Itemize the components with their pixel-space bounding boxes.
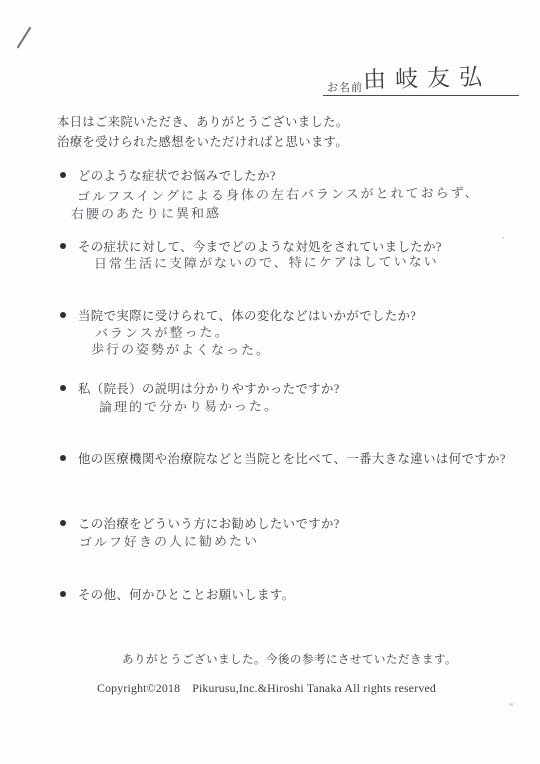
question-7-row: その他、何かひとことお願いします。	[60, 585, 294, 603]
intro-line-2: 治療を受けられた感想をいただければと思います。	[57, 132, 348, 150]
answer-1-line-1: ゴルフスイングによる身体の左右バランスがとれておらず、	[77, 182, 480, 205]
question-5-row: 他の医療機関や治療院などと当院とを比べて、一番大きな違いは何ですか?	[60, 449, 506, 467]
bullet-icon	[60, 591, 66, 597]
answer-2-line-1: 日常生活に支障がないので、特にケアはしていない	[94, 251, 439, 272]
copyright-text: Copyright©2018 Pikurusu,Inc.&Hiroshi Tan…	[97, 679, 436, 696]
question-3-row: 当院で実際に受けられて、体の変化などはいかがでしたか?	[60, 306, 416, 324]
answer-6-line-1: ゴルフ好きの人に勧めたい	[79, 530, 259, 551]
name-label: お名前	[327, 79, 363, 95]
bullet-icon	[60, 520, 66, 526]
intro-line-1: 本日はご来院いただき、ありがとうございました。	[57, 112, 349, 130]
question-4-row: 私（院長）の説明は分かりやすかったですか?	[60, 379, 340, 397]
bullet-icon	[60, 455, 66, 461]
closing-thanks-text: ありがとうございました。今後の参考にさせていただきます。	[122, 651, 457, 667]
scan-speck	[502, 237, 504, 239]
answer-1-line-2: 右腰のあたりに異和感	[71, 203, 221, 223]
question-1-row: どのような症状でお悩みでしたか?	[60, 166, 276, 184]
bullet-icon	[60, 312, 66, 318]
question-5-text: 他の医療機関や治療院などと当院とを比べて、一番大きな違いは何ですか?	[78, 449, 506, 467]
name-underline	[323, 95, 519, 96]
questionnaire-scan-page: お名前 由岐友弘 本日はご来院いただき、ありがとうございました。 治療を受けられ…	[0, 0, 540, 764]
question-1-text: どのような症状でお悩みでしたか?	[78, 166, 276, 184]
answer-4-line-1: 論理的で分かり易かった。	[99, 395, 279, 415]
pen-check-mark	[17, 26, 32, 48]
answer-3-line-2: 歩行の姿勢がよくなった。	[91, 339, 271, 359]
question-6-text: この治療をどういう方にお勧めしたいですか?	[78, 514, 340, 532]
question-4-text: 私（院長）の説明は分かりやすかったですか?	[78, 379, 340, 397]
bullet-icon	[60, 243, 66, 249]
bullet-icon	[60, 385, 66, 391]
question-7-text: その他、何かひとことお願いします。	[78, 585, 294, 603]
question-6-row: この治療をどういう方にお勧めしたいですか?	[60, 514, 340, 532]
bullet-icon	[60, 172, 66, 178]
scan-speck	[509, 703, 513, 706]
name-value-handwritten: 由岐友弘	[363, 58, 492, 94]
